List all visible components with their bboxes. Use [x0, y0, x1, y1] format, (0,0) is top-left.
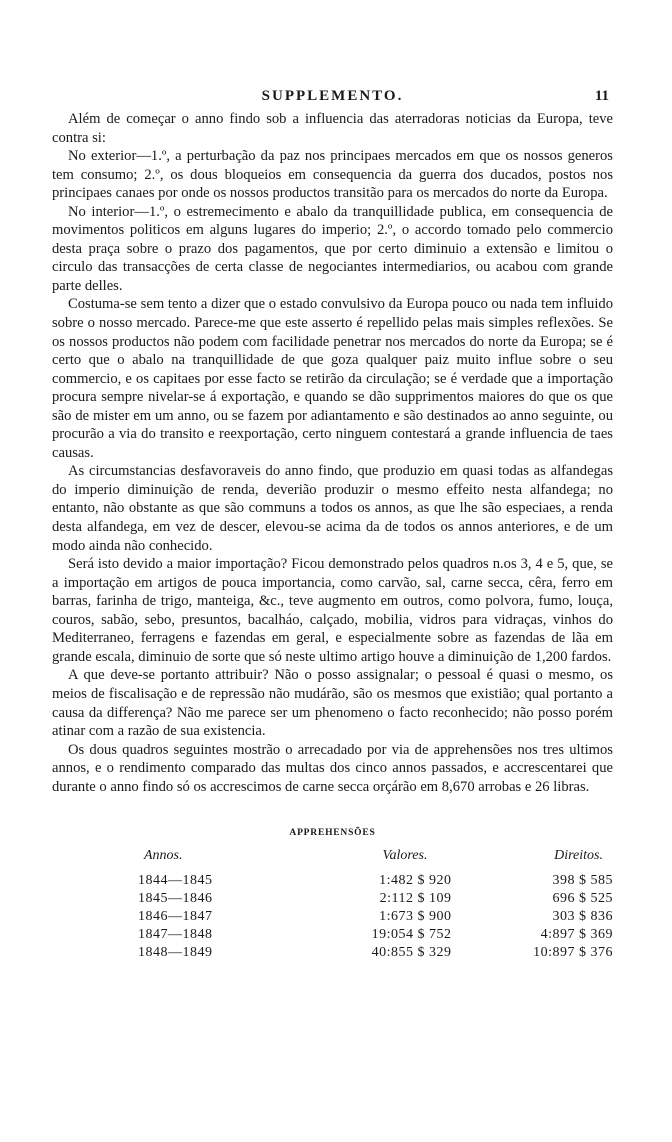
cell-annos: 1846—1847: [130, 908, 285, 926]
paragraph: No interior—1.º, o estremecimento e abal…: [52, 203, 613, 296]
cell-annos: 1844—1845: [130, 872, 285, 890]
cell-direitos: 696 $ 525: [451, 890, 613, 908]
cell-valores: 1:482 $ 920: [285, 872, 451, 890]
cell-annos: 1848—1849: [130, 944, 285, 962]
table-row: 1844—1845 1:482 $ 920 398 $ 585: [130, 872, 613, 890]
table-row: 1848—1849 40:855 $ 329 10:897 $ 376: [130, 944, 613, 962]
paragraph: A que deve-se portanto attribuir? Não o …: [52, 666, 613, 740]
cell-annos: 1847—1848: [130, 926, 285, 944]
cell-direitos: 303 $ 836: [451, 908, 613, 926]
page-header: SUPPLEMENTO. 11: [52, 88, 613, 110]
column-header-annos: Annos.: [130, 848, 285, 872]
apprehensions-table: Annos. Valores. Direitos. 1844—1845 1:48…: [130, 848, 613, 962]
page-number: 11: [595, 88, 609, 105]
cell-valores: 2:112 $ 109: [285, 890, 451, 908]
table-header-row: Annos. Valores. Direitos.: [130, 848, 613, 872]
cell-direitos: 10:897 $ 376: [451, 944, 613, 962]
cell-valores: 40:855 $ 329: [285, 944, 451, 962]
apprehensions-table-block: APPREHENSÕES Annos. Valores. Direitos. 1…: [52, 828, 613, 962]
cell-direitos: 398 $ 585: [451, 872, 613, 890]
paragraph: No exterior—1.º, a perturbação da paz no…: [52, 147, 613, 203]
cell-annos: 1845—1846: [130, 890, 285, 908]
paragraph: Os dous quadros seguintes mostrão o arre…: [52, 741, 613, 797]
body-text: Além de começar o anno findo sob a influ…: [52, 110, 613, 796]
cell-valores: 1:673 $ 900: [285, 908, 451, 926]
document-page: SUPPLEMENTO. 11 Além de começar o anno f…: [52, 88, 613, 962]
running-title: SUPPLEMENTO.: [52, 88, 613, 105]
table-row: 1847—1848 19:054 $ 752 4:897 $ 369: [130, 926, 613, 944]
column-header-direitos: Direitos.: [451, 848, 613, 872]
table-title: APPREHENSÕES: [52, 828, 613, 838]
cell-valores: 19:054 $ 752: [285, 926, 451, 944]
cell-direitos: 4:897 $ 369: [451, 926, 613, 944]
table-row: 1846—1847 1:673 $ 900 303 $ 836: [130, 908, 613, 926]
table-row: 1845—1846 2:112 $ 109 696 $ 525: [130, 890, 613, 908]
paragraph: As circumstancias desfavoraveis do anno …: [52, 462, 613, 555]
paragraph: Costuma-se sem tento a dizer que o estad…: [52, 295, 613, 462]
paragraph: Além de começar o anno findo sob a influ…: [52, 110, 613, 147]
paragraph: Será isto devido a maior importação? Fic…: [52, 555, 613, 666]
column-header-valores: Valores.: [285, 848, 451, 872]
